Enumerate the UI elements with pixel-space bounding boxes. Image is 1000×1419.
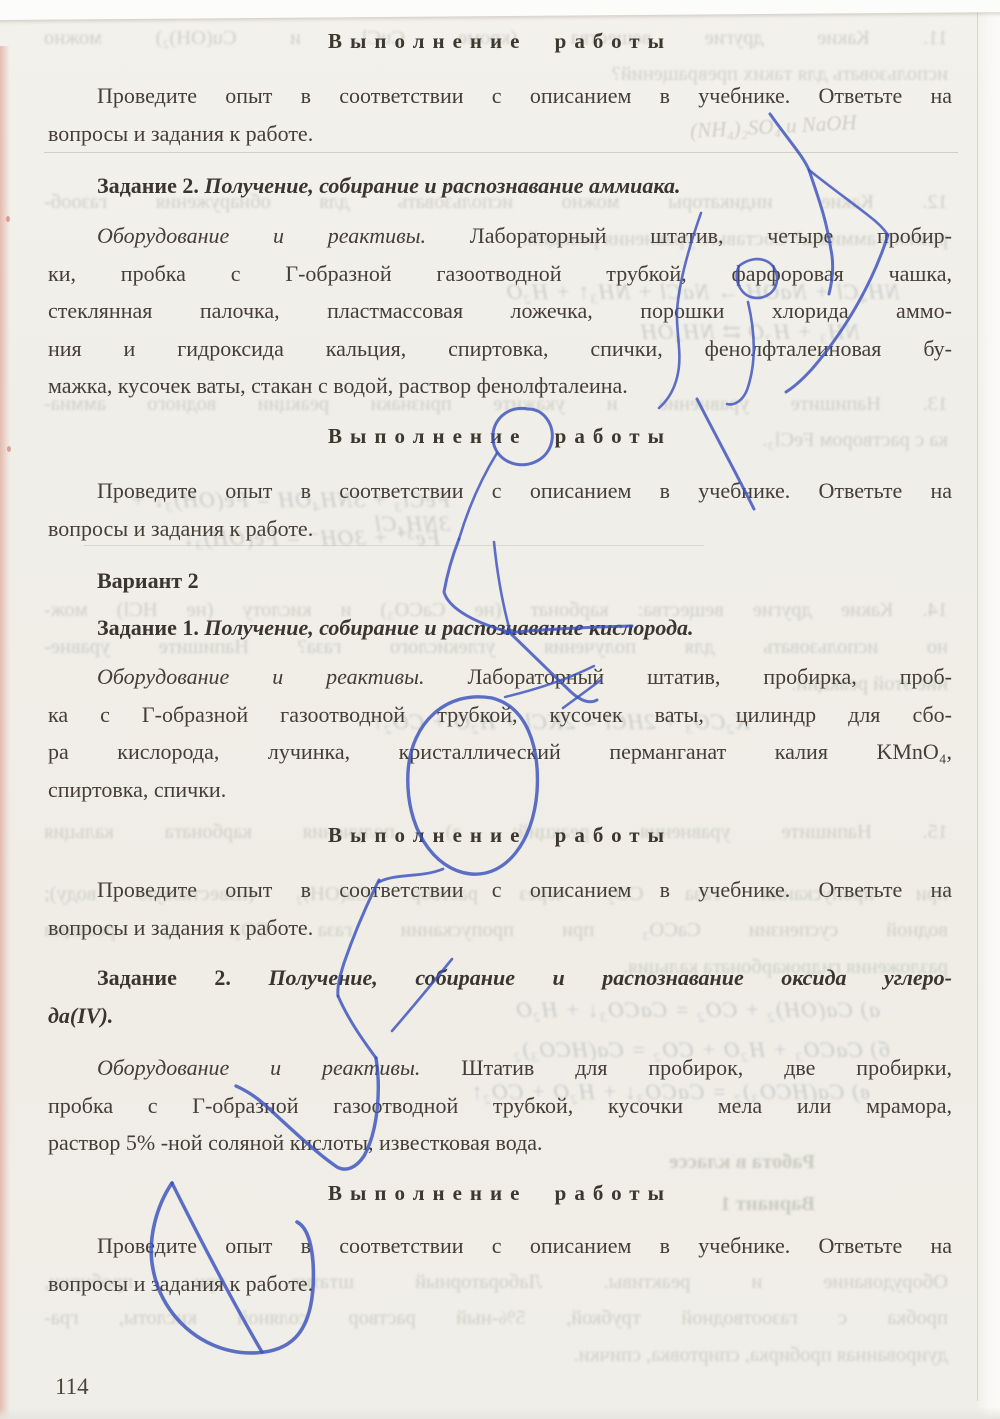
- task-title: Получение, собирание и распознавание амм…: [199, 173, 681, 198]
- scanned-workbook-page: 11. Какие другие вещества (кроме CuCl₂ и…: [0, 0, 1000, 1419]
- equipment-paragraph-co2: Оборудование и реактивы. Штатив для проб…: [48, 1049, 952, 1162]
- text-line: ния и гидроксида кальция, спиртовка, спи…: [48, 330, 952, 368]
- text-line: вопросы и задания к работе.: [48, 115, 952, 153]
- instruction-paragraph-4: Проведите опыт в соответствии с описание…: [48, 1227, 952, 1302]
- equipment-paragraph-oxygen: Оборудование и реактивы. Лабораторный шт…: [48, 658, 952, 808]
- text-line: вопросы и задания к работе.: [48, 510, 952, 548]
- task-heading-co2: Задание 2. Получение, собирание и распоз…: [48, 959, 952, 1034]
- text-line: Проведите опыт в соответствии с описание…: [48, 472, 952, 510]
- task-title-continued: да(IV).: [48, 1003, 113, 1028]
- text-line: Проведите опыт в соответствии с описание…: [48, 77, 952, 115]
- text-line: вопросы и задания к работе.: [48, 909, 952, 947]
- instruction-paragraph-1: Проведите опыт в соответствии с описание…: [48, 77, 952, 152]
- task-label: Задание 2.: [97, 173, 199, 198]
- text-line: стеклянная палочка, пластмассовая ложечк…: [48, 292, 952, 330]
- text-line: ки, пробка с Г-образной газоотводной тру…: [48, 255, 952, 293]
- text-line: ка с Г-образной газоотводной трубкой, ку…: [48, 696, 952, 734]
- equipment-text: Штатив для пробирок, две пробирки,: [420, 1055, 952, 1080]
- section-header-execution-1: Выполнение работы: [48, 28, 952, 54]
- equipment-lead: Оборудование и реактивы.: [97, 223, 426, 248]
- task-label: Задание 2.: [97, 965, 231, 990]
- text-line: Проведите опыт в соответствии с описание…: [48, 871, 952, 909]
- red-speck: [6, 216, 10, 222]
- equipment-text: Лабораторный штатив, четыре пробир-: [426, 223, 952, 248]
- equipment-text: Лабораторный штатив, пробирка, проб-: [425, 664, 953, 689]
- text-line: вопросы и задания к работе.: [48, 1265, 952, 1303]
- text-line: спиртовка, спички.: [48, 771, 952, 809]
- text-line: Проведите опыт в соответствии с описание…: [48, 1227, 952, 1265]
- instruction-paragraph-2: Проведите опыт в соответствии с описание…: [48, 472, 952, 547]
- section-header-execution-4: Выполнение работы: [48, 1180, 952, 1206]
- task-heading-oxygen: Задание 1. Получение, собирание и распоз…: [48, 609, 952, 647]
- text-line: пробка с Г-образной газоотводной трубкой…: [48, 1087, 952, 1125]
- page-right-edge: [976, 0, 1000, 1419]
- red-speck: [7, 446, 11, 452]
- variant-heading: Вариант 2: [48, 562, 952, 600]
- section-header-execution-3: Выполнение работы: [48, 822, 952, 848]
- task-heading-ammonia: Задание 2. Получение, собирание и распоз…: [48, 167, 952, 205]
- section-header-execution-2: Выполнение работы: [48, 423, 952, 449]
- text-line: мажка, кусочек ваты, стакан с водой, рас…: [48, 367, 952, 405]
- printed-content: Выполнение работы Проведите опыт в соотв…: [48, 0, 952, 1419]
- task-title: Получение, собирание и распознавание окс…: [231, 965, 952, 990]
- text-line: раствор 5% -ной соляной кислоты, известк…: [48, 1124, 952, 1162]
- equipment-lead: Оборудование и реактивы.: [97, 1055, 420, 1080]
- task-label: Задание 1.: [97, 615, 199, 640]
- equipment-lead: Оборудование и реактивы.: [97, 664, 425, 689]
- text-line: ра кислорода, лучинка, кристаллический п…: [48, 733, 952, 771]
- page-number: 114: [55, 1372, 89, 1402]
- variant-label: Вариант 2: [97, 568, 199, 593]
- equipment-paragraph-ammonia: Оборудование и реактивы. Лабораторный шт…: [48, 217, 952, 405]
- page-left-pink-edge: [0, 46, 10, 1419]
- page-edge-line: [977, 10, 978, 1401]
- instruction-paragraph-3: Проведите опыт в соответствии с описание…: [48, 871, 952, 946]
- task-title: Получение, собирание и распознавание кис…: [199, 615, 694, 640]
